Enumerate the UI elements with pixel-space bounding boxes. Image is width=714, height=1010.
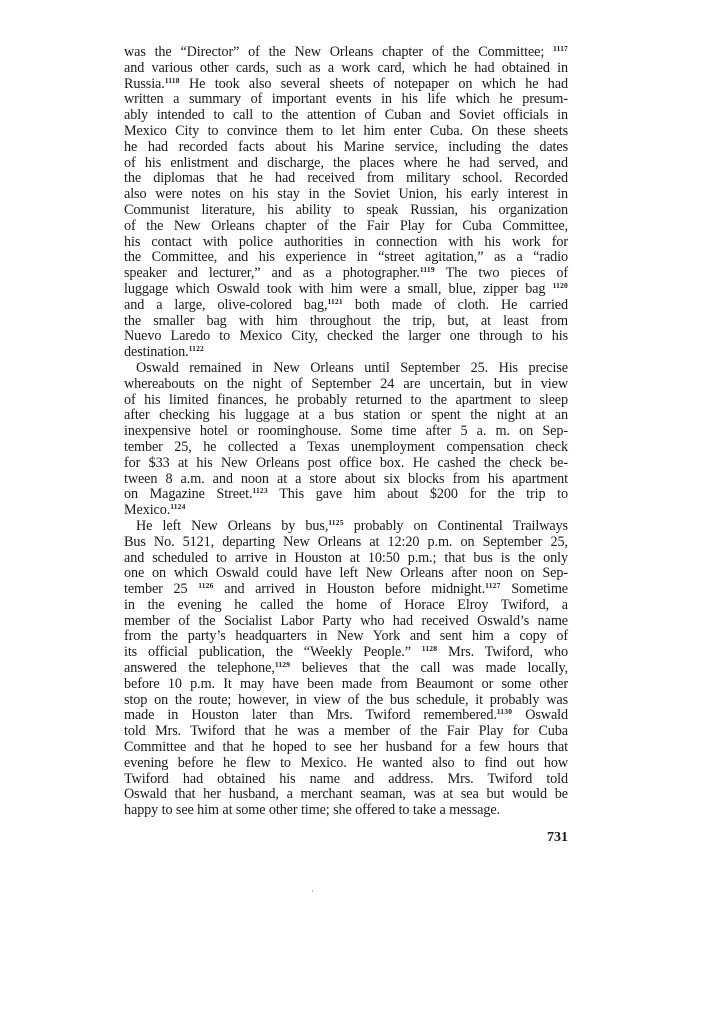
text-line: was the “Director” of the New Orleans ch… — [124, 45, 568, 61]
text-run: both made of cloth. He carried — [343, 297, 568, 313]
text-run: the Committee, and his experience in “st… — [124, 249, 568, 265]
text-line: Twiford had obtained his name and addres… — [124, 772, 568, 788]
text-line: Committee and that he hoped to see her h… — [124, 740, 568, 756]
text-run: whereabouts on the night of September 24… — [124, 376, 568, 392]
text-line: made in Houston later than Mrs. Twiford … — [124, 708, 568, 724]
footnote-ref: 1129 — [275, 660, 290, 669]
text-line: in the evening he called the home of Hor… — [124, 598, 568, 614]
text-run: Communist literature, his ability to spe… — [124, 202, 568, 218]
text-run: for $33 at his New Orleans post office b… — [124, 455, 568, 471]
text-line: answered the telephone,1129 believes tha… — [124, 661, 568, 677]
text-run: luggage which Oswald took with him were … — [124, 281, 553, 297]
text-run: answered the telephone, — [124, 660, 275, 676]
text-line: for $33 at his New Orleans post office b… — [124, 456, 568, 472]
text-line: ably intended to call to the attention o… — [124, 108, 568, 124]
text-run: one on which Oswald could have left New … — [124, 565, 568, 581]
text-line: the smaller bag with him throughout the … — [124, 314, 568, 330]
text-run: on Magazine Street. — [124, 486, 252, 502]
text-run: of the New Orleans chapter of the Fair P… — [124, 218, 568, 234]
text-line: and scheduled to arrive in Houston at 10… — [124, 551, 568, 567]
footnote-ref: 1128 — [422, 644, 437, 653]
text-line: of his limited finances, he probably ret… — [124, 393, 568, 409]
text-run: Twiford had obtained his name and addres… — [124, 771, 568, 787]
text-run: Mexico. — [124, 502, 170, 518]
text-run: made in Houston later than Mrs. Twiford … — [124, 707, 497, 723]
text-run: Russia. — [124, 76, 165, 92]
text-line: Russia.1118 He took also several sheets … — [124, 77, 568, 93]
footnote-ref: 1130 — [497, 707, 512, 716]
text-line: Oswald that her husband, a merchant seam… — [124, 787, 568, 803]
page-number: 731 — [500, 830, 568, 846]
text-run: destination. — [124, 344, 189, 360]
footnote-ref: 1118 — [165, 76, 180, 85]
footnote-ref: 1119 — [420, 265, 435, 274]
text-run: speaker and lecturer,” and as a photogra… — [124, 265, 420, 281]
text-line: Oswald remained in New Orleans until Sep… — [124, 361, 568, 377]
text-line: his contact with police authorities in c… — [124, 235, 568, 251]
text-run: ably intended to call to the attention o… — [124, 107, 568, 123]
text-run: also were notes on his stay in the Sovie… — [124, 186, 568, 202]
text-run: from the party’s headquarters in New Yor… — [124, 628, 568, 644]
text-line: and a large, olive-colored bag,1121 both… — [124, 298, 568, 314]
text-run: its official publication, the “Weekly Pe… — [124, 644, 422, 660]
footnote-ref: 1124 — [170, 502, 185, 511]
text-run: happy to see him at some other time; she… — [124, 802, 500, 818]
text-run: believes that the call was made locally, — [290, 660, 568, 676]
text-run: Committee and that he hoped to see her h… — [124, 739, 568, 755]
text-run: his contact with police authorities in c… — [124, 234, 568, 250]
text-run: inexpensive hotel or roominghouse. Some … — [124, 423, 568, 439]
footnote-ref: 1125 — [328, 518, 343, 527]
text-line: Communist literature, his ability to spe… — [124, 203, 568, 219]
text-run: Oswald that her husband, a merchant seam… — [124, 786, 568, 802]
text-run: Bus No. 5121, departing New Orleans at 1… — [124, 534, 568, 550]
text-line: from the party’s headquarters in New Yor… — [124, 629, 568, 645]
text-line: tember 25, he collected a Texas unemploy… — [124, 440, 568, 456]
text-run: of his enlistment and discharge, the pla… — [124, 155, 568, 171]
text-line: of the New Orleans chapter of the Fair P… — [124, 219, 568, 235]
text-run: tember 25 — [124, 581, 198, 597]
text-run: after checking his luggage at a bus stat… — [124, 407, 568, 423]
text-run: probably on Continental Trailways — [344, 518, 568, 534]
text-run: tember 25, he collected a Texas unemploy… — [124, 439, 568, 455]
text-line: He left New Orleans by bus,1125 probably… — [124, 519, 568, 535]
text-run: evening before he flew to Mexico. He wan… — [124, 755, 568, 771]
paragraph: was the “Director” of the New Orleans ch… — [124, 45, 568, 361]
text-line: he had recorded facts about his Marine s… — [124, 140, 568, 156]
text-run: he had recorded facts about his Marine s… — [124, 139, 568, 155]
text-line: destination.1122 — [124, 345, 568, 361]
text-run: This gave him about $200 for the trip to — [268, 486, 568, 502]
text-run: Oswald — [512, 707, 568, 723]
text-line: Nuevo Laredo to Mexico City, checked the… — [124, 329, 568, 345]
text-line: written a summary of important events in… — [124, 92, 568, 108]
paragraph: Oswald remained in New Orleans until Sep… — [124, 361, 568, 519]
text-line: luggage which Oswald took with him were … — [124, 282, 568, 298]
text-line: of his enlistment and discharge, the pla… — [124, 156, 568, 172]
text-line: whereabouts on the night of September 24… — [124, 377, 568, 393]
text-run: The two pieces of — [435, 265, 568, 281]
text-run: before 10 p.m. It may have been made fro… — [124, 676, 568, 692]
text-run: the diplomas that he had received from m… — [124, 170, 568, 186]
text-run: and scheduled to arrive in Houston at 10… — [124, 550, 568, 566]
text-line: Bus No. 5121, departing New Orleans at 1… — [124, 535, 568, 551]
text-run: of his limited finances, he probably ret… — [124, 392, 568, 408]
scan-speck — [312, 890, 313, 892]
text-line: member of the Socialist Labor Party who … — [124, 614, 568, 630]
text-run: written a summary of important events in… — [124, 91, 568, 107]
text-run: He left New Orleans by bus, — [136, 518, 328, 534]
text-run: told Mrs. Twiford that he was a member o… — [124, 723, 568, 739]
footnote-ref: 1117 — [553, 44, 568, 53]
text-line: after checking his luggage at a bus stat… — [124, 408, 568, 424]
text-run: member of the Socialist Labor Party who … — [124, 613, 568, 629]
text-run: Mexico City to convince them to let him … — [124, 123, 568, 139]
text-line: stop on the route; however, in view of t… — [124, 693, 568, 709]
text-line: and various other cards, such as a work … — [124, 61, 568, 77]
footnote-ref: 1120 — [553, 281, 568, 290]
text-run: stop on the route; however, in view of t… — [124, 692, 568, 708]
text-line: tember 25 1126 and arrived in Houston be… — [124, 582, 568, 598]
text-line: told Mrs. Twiford that he was a member o… — [124, 724, 568, 740]
text-line: inexpensive hotel or roominghouse. Some … — [124, 424, 568, 440]
text-line: speaker and lecturer,” and as a photogra… — [124, 266, 568, 282]
text-line: Mexico City to convince them to let him … — [124, 124, 568, 140]
text-run: the smaller bag with him throughout the … — [124, 313, 568, 329]
footnote-ref: 1127 — [485, 581, 500, 590]
paragraph: He left New Orleans by bus,1125 probably… — [124, 519, 568, 819]
footnote-ref: 1122 — [189, 344, 204, 353]
text-run: and a large, olive-colored bag, — [124, 297, 327, 313]
text-line: before 10 p.m. It may have been made fro… — [124, 677, 568, 693]
document-body: was the “Director” of the New Orleans ch… — [124, 45, 568, 819]
footnote-ref: 1123 — [252, 486, 267, 495]
text-line: tween 8 a.m. and noon at a store about s… — [124, 472, 568, 488]
text-line: Mexico.1124 — [124, 503, 568, 519]
footnote-ref: 1121 — [327, 297, 342, 306]
text-line: the diplomas that he had received from m… — [124, 171, 568, 187]
text-run: Mrs. Twiford, who — [437, 644, 568, 660]
text-run: Oswald remained in New Orleans until Sep… — [136, 360, 568, 376]
text-run: and various other cards, such as a work … — [124, 60, 568, 76]
text-run: in the evening he called the home of Hor… — [124, 597, 568, 613]
text-line: evening before he flew to Mexico. He wan… — [124, 756, 568, 772]
text-run: tween 8 a.m. and noon at a store about s… — [124, 471, 568, 487]
text-run: Sometime — [501, 581, 568, 597]
text-run: was the “Director” of the New Orleans ch… — [124, 44, 553, 60]
text-line: also were notes on his stay in the Sovie… — [124, 187, 568, 203]
text-run: He took also several sheets of notepaper… — [180, 76, 568, 92]
text-run: and arrived in Houston before midnight. — [214, 581, 486, 597]
text-line: the Committee, and his experience in “st… — [124, 250, 568, 266]
text-run: Nuevo Laredo to Mexico City, checked the… — [124, 328, 568, 344]
text-line: on Magazine Street.1123 This gave him ab… — [124, 487, 568, 503]
footnote-ref: 1126 — [198, 581, 213, 590]
text-line: happy to see him at some other time; she… — [124, 803, 568, 819]
text-line: its official publication, the “Weekly Pe… — [124, 645, 568, 661]
text-line: one on which Oswald could have left New … — [124, 566, 568, 582]
